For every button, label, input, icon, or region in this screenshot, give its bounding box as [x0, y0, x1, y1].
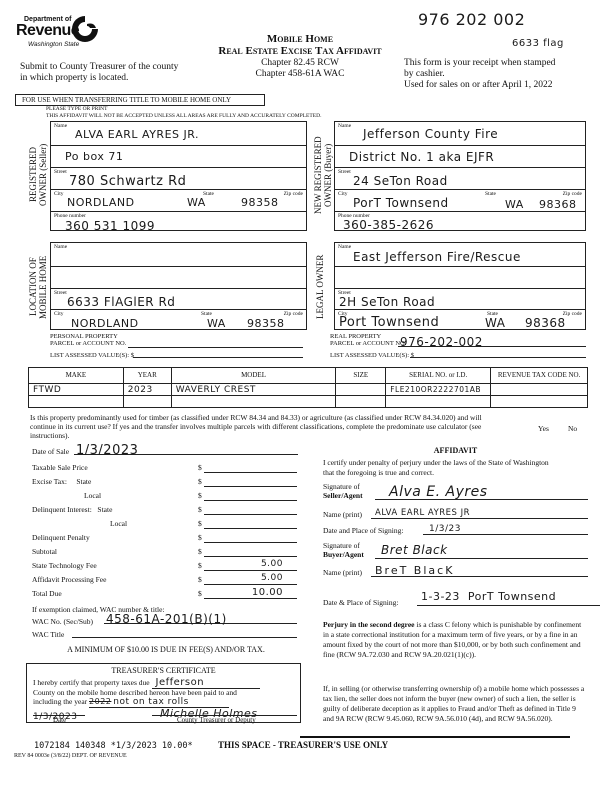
- seller-date-label: Date and Place of Signing:: [323, 526, 403, 535]
- mobile-home-table: MAKE YEAR MODEL SIZE SERIAL NO. or I.D. …: [28, 367, 588, 408]
- chapter-wac: Chapter 458-61A WAC: [200, 69, 400, 80]
- treasurer-date-field[interactable]: 1/3/2023: [33, 706, 85, 716]
- street-label: Street: [54, 290, 67, 296]
- seller-print-row: Name (print) ALVA EARL AYRES JR: [323, 508, 588, 520]
- buyer-phone-row[interactable]: Phone number 360-385-2626: [335, 212, 585, 232]
- location-label-2: MOBILE HOME: [38, 255, 48, 318]
- seller-city-value[interactable]: NORDLAND: [67, 196, 135, 209]
- buyer-label-2: OWNER (Buyer): [323, 143, 333, 206]
- legal-owner-section-label: LEGAL OWNER: [315, 238, 331, 336]
- cashier-stamp: 1072184 140348 *1/3/2023 10.00*: [34, 741, 193, 751]
- table-row: [29, 396, 588, 408]
- seller-name-print-value: ALVA EARL AYRES JR: [375, 508, 470, 518]
- cell-tax-code[interactable]: [491, 396, 588, 408]
- buyer-print-row: Name (print) BreT BlacK: [323, 566, 588, 578]
- fee-value[interactable]: [204, 531, 297, 543]
- receipt-line2: by cashier.: [404, 69, 600, 80]
- name-label: Name: [54, 123, 67, 129]
- street-label: Street: [338, 169, 351, 175]
- pp-label-2: PARCEL or ACCOUNT NO.: [50, 340, 126, 347]
- fee-label: Delinquent Penalty: [32, 533, 90, 542]
- fee-label: State Technology Fee: [32, 561, 97, 570]
- cell-model[interactable]: WAVERLY CREST: [171, 384, 336, 396]
- form-title-line1: Mobile Home: [200, 33, 400, 45]
- cell-model[interactable]: [171, 396, 336, 408]
- buyer-sig-label-2: Buyer/Agent: [323, 550, 364, 559]
- col-model: MODEL: [171, 368, 336, 384]
- treasurer-signature-field[interactable]: Michelle Holmes: [152, 704, 297, 716]
- fee-total-due: Total Due $ 10.00: [32, 586, 297, 599]
- buyer-name2-value[interactable]: District No. 1 aka EJFR: [349, 150, 494, 164]
- receipt-line1: This form is your receipt when stamped: [404, 58, 600, 69]
- dollar-sign: $: [198, 575, 202, 584]
- for-use-notice: FOR USE WHEN TRANSFERRING TITLE TO MOBIL…: [15, 94, 265, 106]
- col-serial: SERIAL NO. or I.D.: [386, 368, 491, 384]
- fee-label: Delinquent Interest: State: [32, 505, 112, 514]
- buyer-date-label: Date & Place of Signing:: [323, 598, 398, 607]
- legal-name-row[interactable]: Name East Jefferson Fire/Rescue: [335, 243, 585, 267]
- buyer-name-print-label: Name (print): [323, 568, 362, 577]
- table-header-row: MAKE YEAR MODEL SIZE SERIAL NO. or I.D. …: [29, 368, 588, 384]
- wac-title-field[interactable]: [72, 630, 297, 638]
- fee-label: Affidavit Processing Fee: [32, 575, 106, 584]
- seller-date-row: Date and Place of Signing: 1/3/23: [323, 524, 588, 536]
- fee-excise-state: Excise Tax: State $: [32, 474, 297, 487]
- buyer-city-row[interactable]: City PorT Townsend State WA Zip code 983…: [335, 190, 585, 212]
- cell-year[interactable]: [123, 396, 171, 408]
- dollar-sign: $: [198, 561, 202, 570]
- cell-tax-code[interactable]: [491, 384, 588, 396]
- fee-taxable-sale-price: Taxable Sale Price $: [32, 460, 297, 473]
- location-zip-value[interactable]: 98358: [247, 317, 285, 330]
- fee-label: Local: [110, 519, 127, 528]
- fee-subtotal: Subtotal $: [32, 544, 297, 557]
- treasurer-line3-prefix: including the year: [33, 697, 87, 706]
- fee-excise-local: Local $: [32, 488, 297, 501]
- treasurer-signer-label: County Treasurer or Deputy: [177, 716, 256, 724]
- legal-name-value[interactable]: East Jefferson Fire/Rescue: [353, 250, 521, 264]
- chapter-references: Chapter 82.45 RCW Chapter 458-61A WAC: [200, 58, 400, 80]
- col-year: YEAR: [123, 368, 171, 384]
- table-row: FTWD 2023 WAVERLY CREST FLE210OR2222701A…: [29, 384, 588, 396]
- form-revision: REV 84 0003e (3/8/22) DEPT. OF REVENUE: [14, 753, 127, 759]
- buyer-street-value[interactable]: 24 SeTon Road: [353, 174, 448, 188]
- treasurer-line1-prefix: I hereby certify that property taxes due: [33, 678, 150, 687]
- zip-label: Zip code: [284, 311, 303, 317]
- legal-street-value[interactable]: 2H SeTon Road: [339, 295, 435, 309]
- fee-value[interactable]: [204, 461, 297, 473]
- real-parcel-value: 976-202-002: [400, 335, 483, 349]
- legal-city-row[interactable]: City Port Townsend State WA Zip code 983…: [335, 310, 585, 331]
- treasurer-use-only: THIS SPACE - TREASURER'S USE ONLY: [218, 740, 388, 750]
- legal-zip-value[interactable]: 98368: [525, 316, 566, 330]
- tax-lien-notice: If, in selling (or otherwise transferrin…: [323, 684, 588, 724]
- seller-label-1: REGISTERED: [28, 148, 38, 203]
- date-of-sale-value: 1/3/2023: [76, 443, 138, 458]
- buyer-name-print-field[interactable]: BreT BlacK: [371, 564, 588, 577]
- personal-parcel-field[interactable]: [128, 340, 303, 348]
- location-name-row[interactable]: Name: [51, 243, 306, 267]
- seller-assessed-field[interactable]: [133, 350, 303, 358]
- seller-date-value: 1/3/23: [429, 524, 461, 534]
- dollar-sign: $: [198, 505, 202, 514]
- real-property-label: REAL PROPERTY PARCEL or ACCOUNT NO.: [330, 333, 406, 347]
- buyer-date-row: Date & Place of Signing: 1-3-23 PorT Tow…: [323, 594, 588, 608]
- seller-label-2: OWNER (Seller): [38, 144, 48, 206]
- buyer-zip-value[interactable]: 98368: [539, 198, 577, 211]
- seller-name-row[interactable]: Name ALVA EARL AYRES JR.: [51, 122, 306, 146]
- seller-signature-row: Signature of Seller/Agent Alva E. Ayres: [323, 482, 588, 504]
- personal-property-label: PERSONAL PROPERTY PARCEL or ACCOUNT NO.: [50, 333, 126, 347]
- legal-state-value[interactable]: WA: [485, 316, 505, 330]
- perjury-notice: Perjury in the second degree is a class …: [323, 620, 588, 660]
- chapter-rcw: Chapter 82.45 RCW: [200, 58, 400, 69]
- fee-label: Subtotal: [32, 547, 57, 556]
- fee-value[interactable]: [204, 475, 297, 487]
- seller-date-field[interactable]: 1/3/23: [423, 524, 588, 535]
- fee-label: Total Due: [32, 589, 62, 598]
- timber-question: Is this property predominantly used for …: [30, 413, 500, 440]
- buyer-name-print-value: BreT BlacK: [375, 564, 454, 577]
- seller-name2-value[interactable]: Po box 71: [65, 150, 123, 163]
- seller-phone-row[interactable]: Phone number 360 531 1099: [51, 212, 306, 232]
- dollar-sign: $: [198, 477, 202, 486]
- rp-label-1: REAL PROPERTY: [330, 333, 406, 340]
- seller-name-value[interactable]: ALVA EARL AYRES JR.: [75, 128, 199, 141]
- dollar-sign: $: [198, 519, 202, 528]
- seller-section-label: REGISTERED OWNER (Seller): [28, 125, 50, 225]
- street-label: Street: [54, 169, 67, 175]
- cell-year[interactable]: 2023: [123, 384, 171, 396]
- col-size: SIZE: [336, 368, 386, 384]
- wac-no-value: 458-61A-201(B)(1): [106, 612, 227, 626]
- location-box: Name Street 6633 FlAGlER Rd City NORDLAN…: [50, 242, 307, 330]
- treasurer-certificate-title: TREASURER'S CERTIFICATE: [27, 666, 300, 675]
- timber-yes-option[interactable]: Yes: [538, 424, 549, 433]
- seller-sig-label-1: Signature of: [323, 482, 363, 491]
- location-city-value[interactable]: NORDLAND: [71, 317, 139, 330]
- affidavit-title: AFFIDAVIT: [323, 446, 588, 455]
- cell-serial[interactable]: [386, 396, 491, 408]
- seller-sig-label-2: Seller/Agent: [323, 491, 363, 500]
- buyer-label-1: NEW REGISTERED: [313, 136, 323, 214]
- type-or-print-notice: PLEASE TYPE OR PRINT: [46, 106, 107, 112]
- buyer-name-value[interactable]: Jefferson County Fire: [363, 127, 498, 141]
- fee-affidavit-processing: Affidavit Processing Fee $ 5.00: [32, 572, 297, 585]
- wac-no-label: WAC No. (Sec/Sub): [32, 617, 93, 626]
- treasurer-certificate-box: TREASURER'S CERTIFICATE I hereby certify…: [26, 663, 301, 723]
- treasurer-date-label: Date: [53, 716, 66, 724]
- not-accepted-notice: THIS AFFIDAVIT WILL NOT BE ACCEPTED UNLE…: [46, 113, 321, 119]
- name-label: Name: [338, 123, 351, 129]
- location-label-1: LOCATION OF: [28, 258, 38, 317]
- wac-no-field[interactable]: 458-61A-201(B)(1): [104, 610, 297, 624]
- dor-logo: Department of Revenue Washington State: [16, 14, 96, 54]
- treasurer-line2: County on the mobile home described here…: [33, 688, 237, 697]
- col-tax-code: REVENUE TAX CODE NO.: [491, 368, 588, 384]
- cell-size[interactable]: [336, 396, 386, 408]
- seller-city-row[interactable]: City NORDLAND State WA Zip code 98358: [51, 190, 306, 212]
- buyer-box: Name Jefferson County Fire District No. …: [334, 121, 586, 231]
- seller-zip-value[interactable]: 98358: [241, 196, 279, 209]
- name-label: Name: [338, 244, 351, 250]
- seller-state-value[interactable]: WA: [187, 196, 206, 209]
- buyer-phone-value[interactable]: 360-385-2626: [343, 218, 434, 232]
- fee-delinquent-penalty: Delinquent Penalty $: [32, 530, 297, 543]
- col-make: MAKE: [29, 368, 124, 384]
- seller-street-row[interactable]: Street 780 Schwartz Rd: [51, 168, 306, 190]
- fee-label: Taxable Sale Price: [32, 463, 88, 472]
- seller-phone-value[interactable]: 360 531 1099: [65, 219, 155, 233]
- handwritten-parcel-number: 976 202 002: [418, 10, 525, 29]
- handwritten-address-note: 6633 flag: [512, 38, 564, 49]
- rp-label-2: PARCEL or ACCOUNT NO.: [330, 340, 406, 347]
- fee-delinquent-interest-local: Local $: [32, 516, 297, 529]
- buyer-signature-field[interactable]: Bret Black: [375, 543, 588, 559]
- location-street-row[interactable]: Street 6633 FlAGlER Rd: [51, 289, 306, 310]
- seller-name2-row[interactable]: Po box 71: [51, 146, 306, 168]
- city-label: City: [54, 311, 63, 317]
- fee-label: Excise Tax: State: [32, 477, 91, 486]
- buyer-signature: Bret Black: [381, 543, 448, 557]
- location-state-value[interactable]: WA: [207, 317, 226, 330]
- dollar-sign: $: [198, 547, 202, 556]
- legal-name2-row[interactable]: [335, 267, 585, 289]
- zip-label: Zip code: [284, 191, 303, 197]
- seller-name-print-field[interactable]: ALVA EARL AYRES JR: [371, 508, 588, 519]
- seller-name-print-label: Name (print): [323, 510, 362, 519]
- fee-value[interactable]: 5.00: [204, 573, 297, 585]
- buyer-city-value[interactable]: PorT Townsend: [353, 196, 449, 210]
- seller-signature-field[interactable]: Alva E. Ayres: [375, 484, 588, 500]
- date-of-sale-label: Date of Sale: [32, 447, 69, 456]
- treasurer-space-divider: [300, 736, 570, 738]
- buyer-date-field[interactable]: 1-3-23 PorT Townsend: [417, 590, 600, 606]
- legal-city-value[interactable]: Port Townsend: [339, 315, 439, 330]
- buyer-state-value[interactable]: WA: [505, 198, 524, 211]
- buyer-street-row[interactable]: Street 24 SeTon Road: [335, 168, 585, 190]
- city-label: City: [338, 191, 347, 197]
- buyer-assessed-field[interactable]: [410, 350, 586, 358]
- minimum-due-notice: A MINIMUM OF $10.00 IS DUE IN FEE(S) AND…: [26, 645, 306, 654]
- submit-instructions: Submit to County Treasurer of the county…: [20, 62, 220, 84]
- receipt-notice: This form is your receipt when stamped b…: [404, 58, 600, 91]
- treasurer-year-struck: 2022: [89, 697, 111, 706]
- fee-label: Local: [84, 491, 101, 500]
- form-title-line2: Real Estate Excise Tax Affidavit: [180, 45, 420, 57]
- buyer-date-value: 1-3-23 PorT Townsend: [421, 590, 556, 603]
- submit-line1: Submit to County Treasurer of the county: [20, 62, 220, 73]
- fee-value[interactable]: [204, 545, 297, 557]
- zip-label: Zip code: [563, 191, 582, 197]
- wac-title-label: WAC Title: [32, 630, 64, 639]
- location-name2-row[interactable]: [51, 267, 306, 289]
- perjury-bold: Perjury in the second degree: [323, 620, 415, 629]
- legal-owner-box: Name East Jefferson Fire/Rescue Street 2…: [334, 242, 586, 330]
- buyer-section-label: NEW REGISTERED OWNER (Buyer): [313, 125, 335, 225]
- seller-street-value[interactable]: 780 Schwartz Rd: [69, 174, 186, 189]
- seller-signature: Alva E. Ayres: [389, 484, 488, 500]
- dollar-sign: $: [198, 463, 202, 472]
- buyer-signature-row: Signature of Buyer/Agent Bret Black: [323, 541, 588, 563]
- cell-serial[interactable]: FLE210OR2222701AB: [386, 384, 491, 396]
- pp-label-1: PERSONAL PROPERTY: [50, 333, 126, 340]
- cell-make[interactable]: [29, 396, 124, 408]
- receipt-line3: Used for sales on or after April 1, 2022: [404, 80, 600, 91]
- legal-street-row[interactable]: Street 2H SeTon Road: [335, 289, 585, 310]
- location-street-value[interactable]: 6633 FlAGlER Rd: [67, 295, 175, 309]
- fee-state-technology: State Technology Fee $ 5.00: [32, 558, 297, 571]
- city-label: City: [54, 191, 63, 197]
- dollar-sign: $: [198, 589, 202, 598]
- buyer-sig-label-1: Signature of: [323, 541, 364, 550]
- buyer-name-row[interactable]: Name Jefferson County Fire: [335, 122, 585, 146]
- fee-delinquent-interest-state: Delinquent Interest: State $: [32, 502, 297, 515]
- buyer-name2-row[interactable]: District No. 1 aka EJFR: [335, 146, 585, 168]
- dollar-sign: $: [198, 491, 202, 500]
- name-label: Name: [54, 244, 67, 250]
- date-of-sale-field[interactable]: 1/3/2023: [74, 441, 298, 455]
- submit-line2: in which property is located.: [20, 73, 220, 84]
- fee-value[interactable]: [204, 489, 297, 501]
- cell-make[interactable]: FTWD: [29, 384, 124, 396]
- location-city-row[interactable]: City NORDLAND State WA Zip code 98358: [51, 310, 306, 331]
- dollar-sign: $: [198, 533, 202, 542]
- affidavit-certify-text: I certify under penalty of perjury under…: [323, 458, 553, 478]
- cell-size[interactable]: [336, 384, 386, 396]
- fee-value[interactable]: 5.00: [204, 559, 297, 571]
- dor-swirl-icon: [70, 14, 100, 44]
- location-section-label: LOCATION OF MOBILE HOME: [28, 238, 50, 336]
- state-label: State: [485, 191, 496, 197]
- fee-value[interactable]: [204, 503, 297, 515]
- seller-box: Name ALVA EARL AYRES JR. Po box 71 Stree…: [50, 121, 307, 231]
- fee-value[interactable]: 10.00: [204, 587, 297, 599]
- real-parcel-field[interactable]: 976-202-002: [398, 333, 586, 347]
- fee-value[interactable]: [204, 517, 297, 529]
- seller-assessed-label: LIST ASSESSED VALUE(S): $: [50, 352, 134, 359]
- buyer-assessed-label: LIST ASSESSED VALUE(S): $: [330, 352, 414, 359]
- timber-no-option[interactable]: No: [568, 424, 577, 433]
